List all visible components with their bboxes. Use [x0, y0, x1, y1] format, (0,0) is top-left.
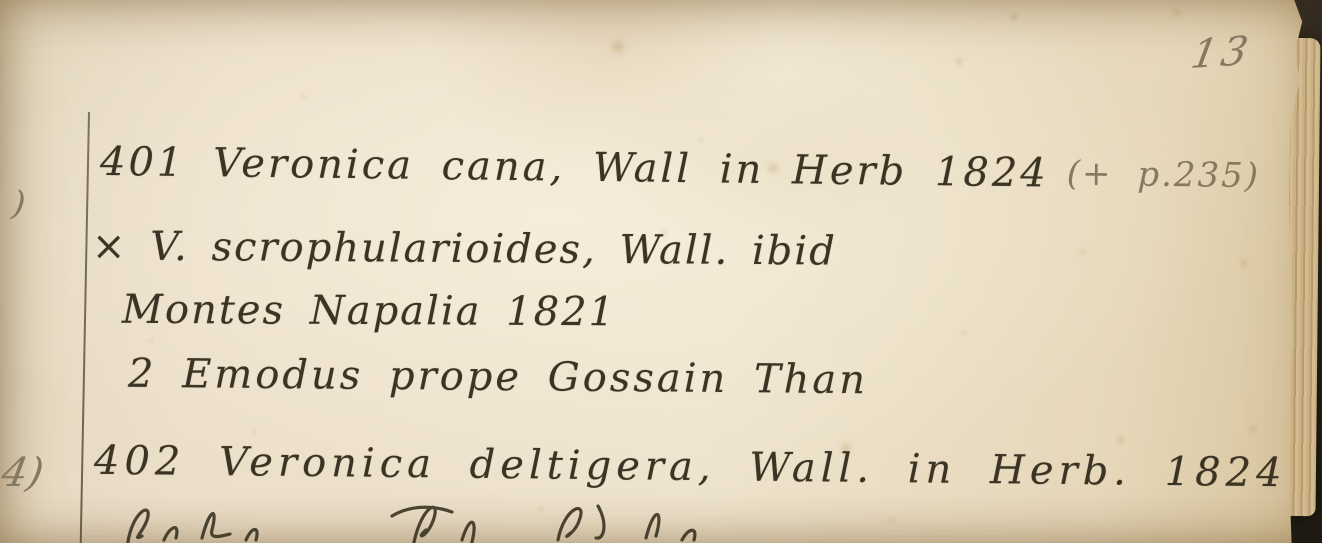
entry-401-text: 401 Veronica cana, Wall in Herb 1824 — [100, 139, 1049, 197]
entry-401-locality-line: Montes Napalia 1821 — [122, 287, 616, 336]
scanned-manuscript-photo: 13 ) 4) 401 Veronica cana, Wall in Herb … — [0, 0, 1322, 543]
page-number: 13 — [1187, 28, 1255, 78]
entry-401-pencil-annotation: (+ p.235) — [1067, 154, 1261, 196]
cutoff-line-strokes — [106, 496, 746, 543]
ruled-margin-line — [80, 112, 90, 543]
margin-mark-close-paren: ) — [10, 183, 27, 224]
entry-401-line: 401 Veronica cana, Wall in Herb 1824(+ p… — [100, 139, 1261, 199]
entry-401-locality-line-2: 2 Emodus prope Gossain Than — [128, 351, 868, 403]
manuscript-page: 13 ) 4) 401 Veronica cana, Wall in Herb … — [0, 0, 1322, 543]
foxing-stains — [0, 0, 2, 2]
cutoff-handwriting-line — [106, 496, 746, 543]
entry-402-line: 402 Veronica deltigera, Wall. in Herb. 1… — [94, 438, 1287, 496]
margin-mark-4: 4) — [0, 450, 47, 496]
entry-401-synonym-line: × V. scrophularioides, Wall. ibid — [92, 223, 837, 274]
